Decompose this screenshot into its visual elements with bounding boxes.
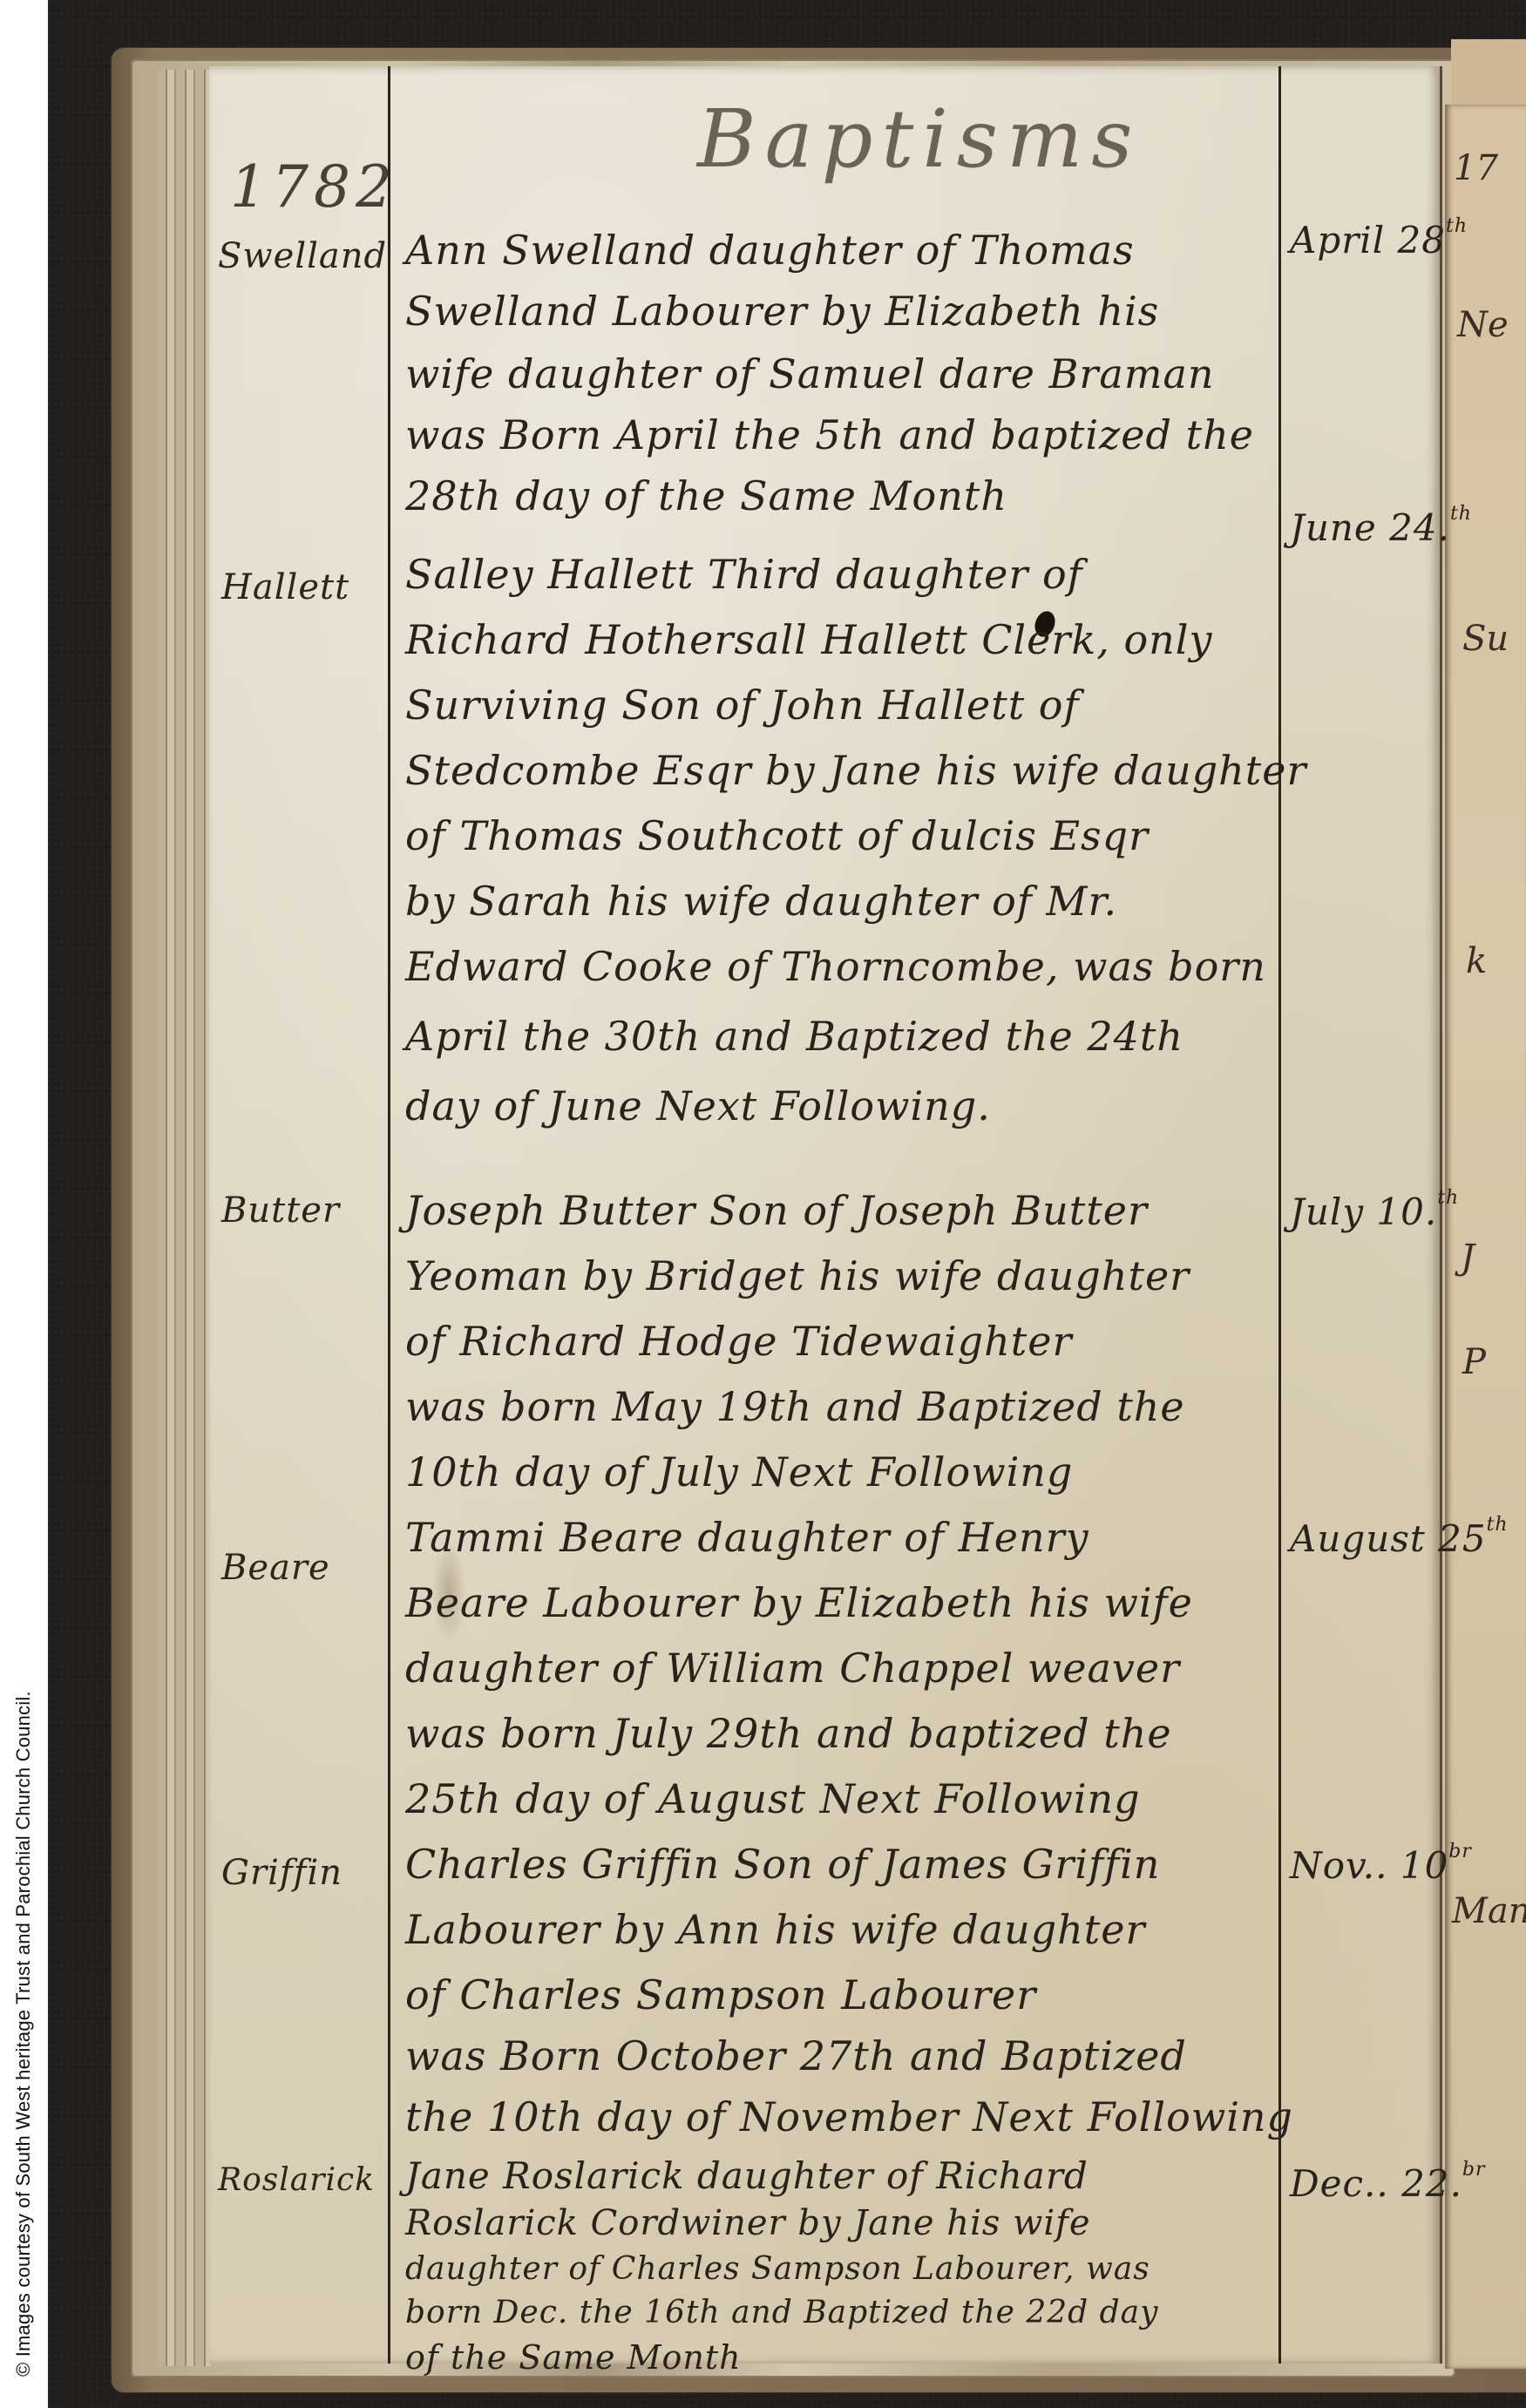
date-day: 22. (1401, 2162, 1462, 2205)
date-month: June (1290, 506, 1377, 549)
entry-line: Roslarick Cordwiner by Jane his wife (405, 2206, 1091, 2241)
baptism-date: Dec.. 22.br (1290, 2162, 1486, 2205)
entry-line: was Born April the 5th and baptized the (405, 415, 1254, 455)
date-suffix: th (1487, 1514, 1509, 1536)
facing-page: 17 Ne Su k J P Man (1445, 105, 1526, 2369)
date-day: 10 (1401, 1844, 1448, 1887)
baptism-date: August 25th (1290, 1517, 1509, 1560)
date-suffix: th (1437, 1187, 1459, 1209)
entry-line: Joseph Butter Son of Joseph Butter (405, 1190, 1148, 1231)
credit-strip: © Images courtesy of South West heritage… (0, 0, 48, 2408)
image-credit: © Images courtesy of South West heritage… (12, 1691, 35, 2377)
date-day: 28 (1398, 219, 1446, 261)
entry-line: Charles Griffin Son of James Griffin (405, 1844, 1160, 1884)
date-month: Dec.. (1290, 2162, 1389, 2205)
entry-line: Yeoman by Bridget his wife daughter (405, 1256, 1190, 1296)
entry-surname: Beare (221, 1548, 330, 1588)
register-page: 1782 Baptisms Swelland Ann Swelland daug… (209, 66, 1442, 2364)
facing-page-fragment: Ne (1457, 305, 1509, 345)
entry-line: Tammi Beare daughter of Henry (405, 1517, 1089, 1557)
entry-line: 28th day of the Same Month (405, 476, 1007, 516)
entry-line: Surviving Son of John Hallett of (405, 685, 1080, 725)
entry-line: Beare Labourer by Elizabeth his wife (405, 1583, 1193, 1623)
entry-line: of Charles Sampson Labourer (405, 1975, 1036, 2015)
entry-line: was Born October 27th and Baptized (405, 2036, 1187, 2076)
register-year: 1782 (230, 153, 397, 220)
date-suffix: th (1446, 215, 1468, 237)
date-suffix: br (1462, 2159, 1486, 2181)
entry-line: day of June Next Following. (405, 1086, 991, 1126)
entry-line: 25th day of August Next Following (405, 1779, 1141, 1819)
entry-line: April the 30th and Baptized the 24th (405, 1016, 1183, 1056)
margin-rule-right (1278, 66, 1281, 2364)
baptism-date: April 28th (1290, 219, 1468, 261)
entry-line: 10th day of July Next Following (405, 1452, 1073, 1492)
entry-line: Stedcombe Esqr by Jane his wife daughter (405, 750, 1306, 790)
entry-surname: Swelland (218, 236, 387, 276)
facing-page-fragment: Man (1452, 1891, 1526, 1931)
date-suffix: br (1448, 1841, 1472, 1862)
entry-surname: Griffin (221, 1853, 343, 1893)
entry-line: by Sarah his wife daughter of Mr. (405, 881, 1117, 921)
entry-line: daughter of Charles Sampson Labourer, wa… (405, 2254, 1150, 2285)
entry-line: the 10th day of November Next Following (405, 2097, 1293, 2137)
facing-page-fragment: J (1461, 1238, 1475, 1278)
entry-surname: Hallett (221, 567, 349, 607)
entry-line: born Dec. the 16th and Baptized the 22d … (405, 2297, 1158, 2329)
baptism-date: Nov.. 10br (1290, 1844, 1472, 1887)
facing-page-fragment: 17 (1454, 148, 1498, 188)
facing-page-fragment: P (1462, 1342, 1486, 1382)
date-month: July (1290, 1190, 1364, 1233)
entry-line: Ann Swelland daughter of Thomas (405, 230, 1135, 270)
facing-page-fragment: Su (1462, 619, 1509, 659)
date-month: August (1290, 1517, 1426, 1560)
margin-rule-left (388, 66, 390, 2364)
register-title: Baptisms (697, 92, 1141, 186)
entry-line: Jane Roslarick daughter of Richard (405, 2158, 1089, 2194)
entry-line: of the Same Month (405, 2341, 742, 2374)
date-day: 10. (1376, 1190, 1437, 1233)
date-month: April (1290, 219, 1385, 261)
entry-line: of Thomas Southcott of dulcis Esqr (405, 816, 1149, 856)
date-day: 24. (1389, 506, 1450, 549)
page-edges (157, 70, 211, 2366)
entry-line: daughter of William Chappel weaver (405, 1648, 1180, 1688)
date-suffix: th (1450, 503, 1472, 525)
entry-line: of Richard Hodge Tidewaighter (405, 1321, 1072, 1361)
date-month: Nov.. (1290, 1844, 1387, 1887)
entry-line: Swelland Labourer by Elizabeth his (405, 291, 1159, 331)
baptism-date: July 10.th (1290, 1190, 1459, 1233)
entry-line: was born July 29th and baptized the (405, 1713, 1172, 1753)
entry-line: Edward Cooke of Thorncombe, was born (405, 946, 1266, 987)
entry-line: wife daughter of Samuel dare Braman (405, 354, 1215, 394)
entry-surname: Roslarick (218, 2162, 375, 2198)
date-day: 25 (1438, 1517, 1486, 1560)
facing-page-top (1451, 39, 1526, 105)
entry-line: Labourer by Ann his wife daughter (405, 1909, 1146, 1950)
baptism-date: June 24.th (1290, 506, 1472, 549)
entry-line: Richard Hothersall Hallett Clerk, only (405, 620, 1212, 660)
entry-surname: Butter (221, 1190, 340, 1231)
facing-page-fragment: k (1466, 941, 1487, 981)
entry-line: was born May 19th and Baptized the (405, 1387, 1185, 1427)
entry-line: Salley Hallett Third daughter of (405, 554, 1083, 594)
